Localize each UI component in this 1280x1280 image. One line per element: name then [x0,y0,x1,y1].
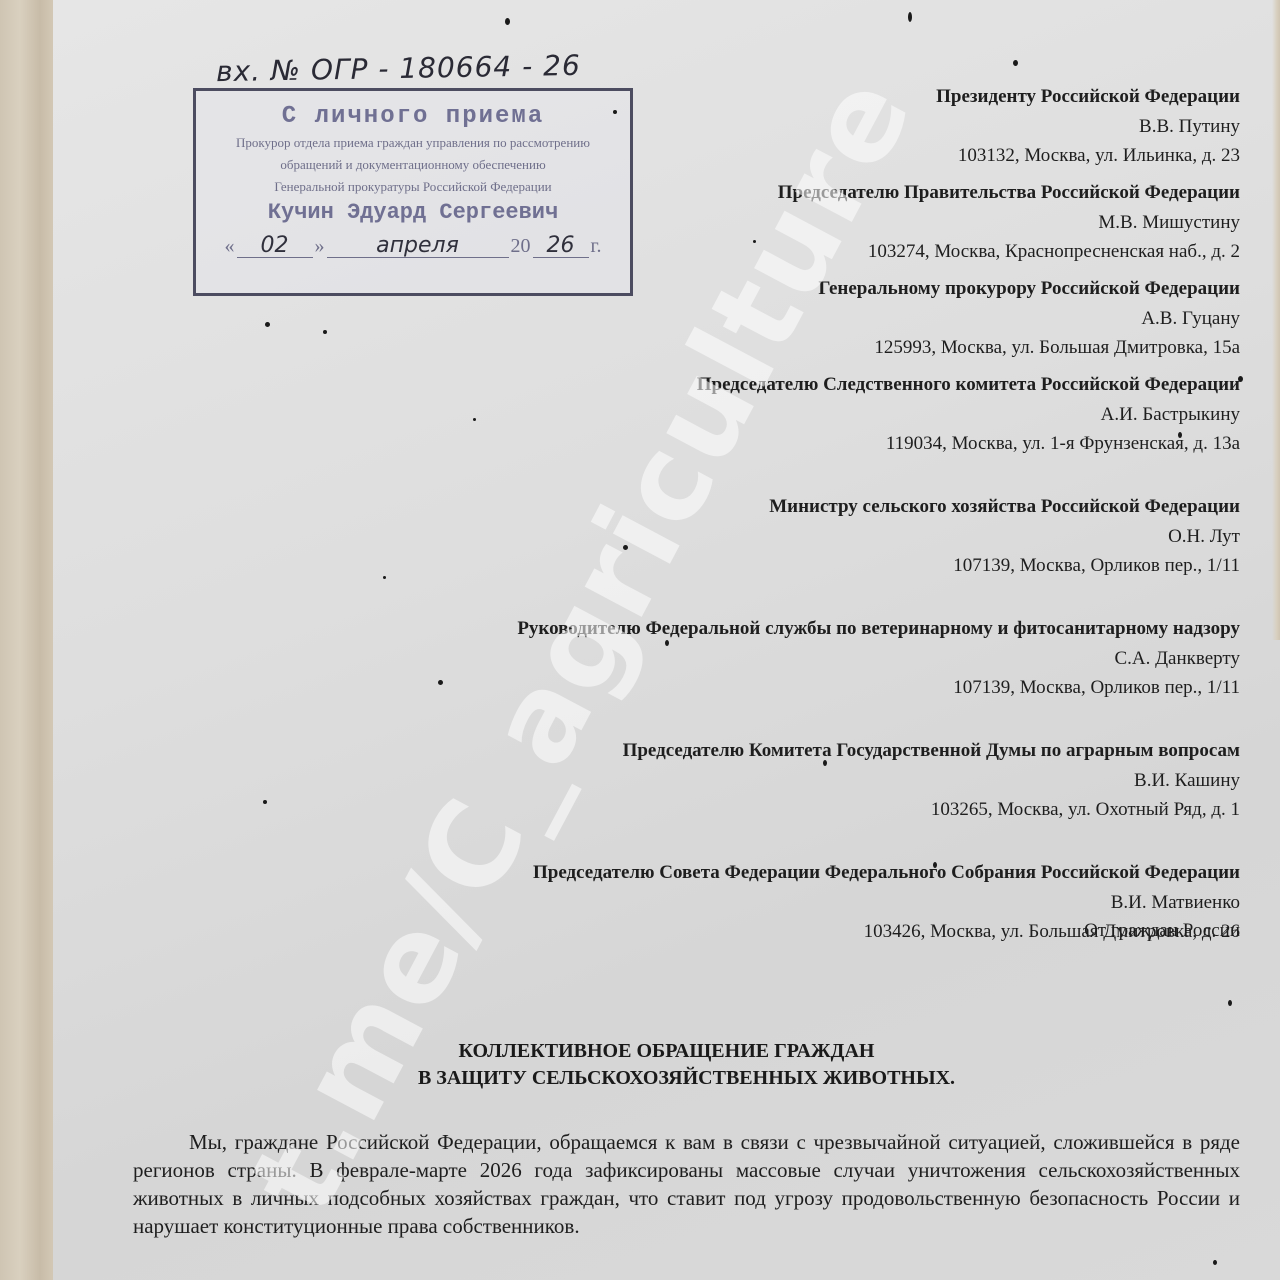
toner-speck [473,418,476,421]
addressee-name: М.В. Мишустину [340,208,1240,237]
document-page: вх. № ОГР - 180664 - 26 С личного приема… [53,0,1280,1280]
document-title: КОЛЛЕКТИВНОЕ ОБРАЩЕНИЕ ГРАЖДАН В ЗАЩИТУ … [53,1038,1280,1092]
addressee-title: Министру сельского хозяйства Российской … [340,492,1240,522]
toner-speck [383,576,386,579]
addressee-name: В.И. Матвиенко [340,888,1240,917]
toner-speck [323,330,327,334]
addressee-address: 103265, Москва, ул. Охотный Ряд, д. 1 [340,795,1240,824]
addressee: Руководителю Федеральной службы по ветер… [340,614,1240,702]
addressee-name: В.В. Путину [340,112,1240,141]
toner-speck [933,862,937,868]
toner-speck [1013,60,1018,66]
addressee-block: Президенту Российской Федерации В.В. Пут… [340,82,1240,954]
toner-speck [823,760,827,766]
body-paragraph: Мы, граждане Российской Федерации, обращ… [133,1128,1240,1240]
toner-speck [1228,1000,1232,1006]
paper-edge [1272,0,1280,640]
addressee-title: Председателю Комитета Государственной Ду… [340,736,1240,766]
title-line-2: В ЗАЩИТУ СЕЛЬСКОХОЗЯЙСТВЕННЫХ ЖИВОТНЫХ. [53,1065,1280,1092]
addressee-name: С.А. Данкверту [340,644,1240,673]
toner-speck [265,322,270,327]
addressee-title: Председателю Совета Федерации Федерально… [340,858,1240,888]
addressee-address: 103274, Москва, Краснопресненская наб., … [340,237,1240,266]
addressee-title: Руководителю Федеральной службы по ветер… [340,614,1240,644]
addressee: Председателю Комитета Государственной Ду… [340,736,1240,824]
toner-speck [1213,1260,1217,1265]
addressee: Генеральному прокурору Российской Федера… [340,274,1240,362]
date-day: 02 [237,235,313,258]
title-line-1: КОЛЛЕКТИВНОЕ ОБРАЩЕНИЕ ГРАЖДАН [53,1038,1280,1065]
toner-speck [1238,376,1243,382]
date-close-quote: » [315,235,325,258]
addressee-address: 107139, Москва, Орликов пер., 1/11 [340,673,1240,702]
addressee-address: 107139, Москва, Орликов пер., 1/11 [340,551,1240,580]
addressee-name: А.И. Бастрыкину [340,400,1240,429]
addressee-name: А.В. Гуцану [340,304,1240,333]
toner-speck [753,240,756,243]
addressee: Министру сельского хозяйства Российской … [340,492,1240,580]
toner-speck [505,18,510,25]
addressee-address: 103132, Москва, ул. Ильинка, д. 23 [340,141,1240,170]
toner-speck [613,110,617,114]
addressee-name: О.Н. Лут [340,522,1240,551]
addressee: Президенту Российской Федерации В.В. Пут… [340,82,1240,170]
addressee: Председателю Правительства Российской Фе… [340,178,1240,266]
date-open-quote: « [225,235,235,258]
addressee-title: Президенту Российской Федерации [340,82,1240,112]
toner-speck [438,680,443,685]
toner-speck [908,12,912,22]
addressee-address: 119034, Москва, ул. 1-я Фрунзенская, д. … [340,429,1240,458]
sender-line: От граждан России [1084,920,1240,942]
toner-speck [263,800,267,804]
addressee-address: 125993, Москва, ул. Большая Дмитровка, 1… [340,333,1240,362]
toner-speck [623,545,628,550]
toner-speck [665,640,669,646]
toner-speck [1178,432,1182,438]
addressee-title: Председателю Следственного комитета Росс… [340,370,1240,400]
addressee-title: Председателю Правительства Российской Фе… [340,178,1240,208]
addressee-title: Генеральному прокурору Российской Федера… [340,274,1240,304]
addressee-name: В.И. Кашину [340,766,1240,795]
addressee: Председателю Следственного комитета Росс… [340,370,1240,458]
